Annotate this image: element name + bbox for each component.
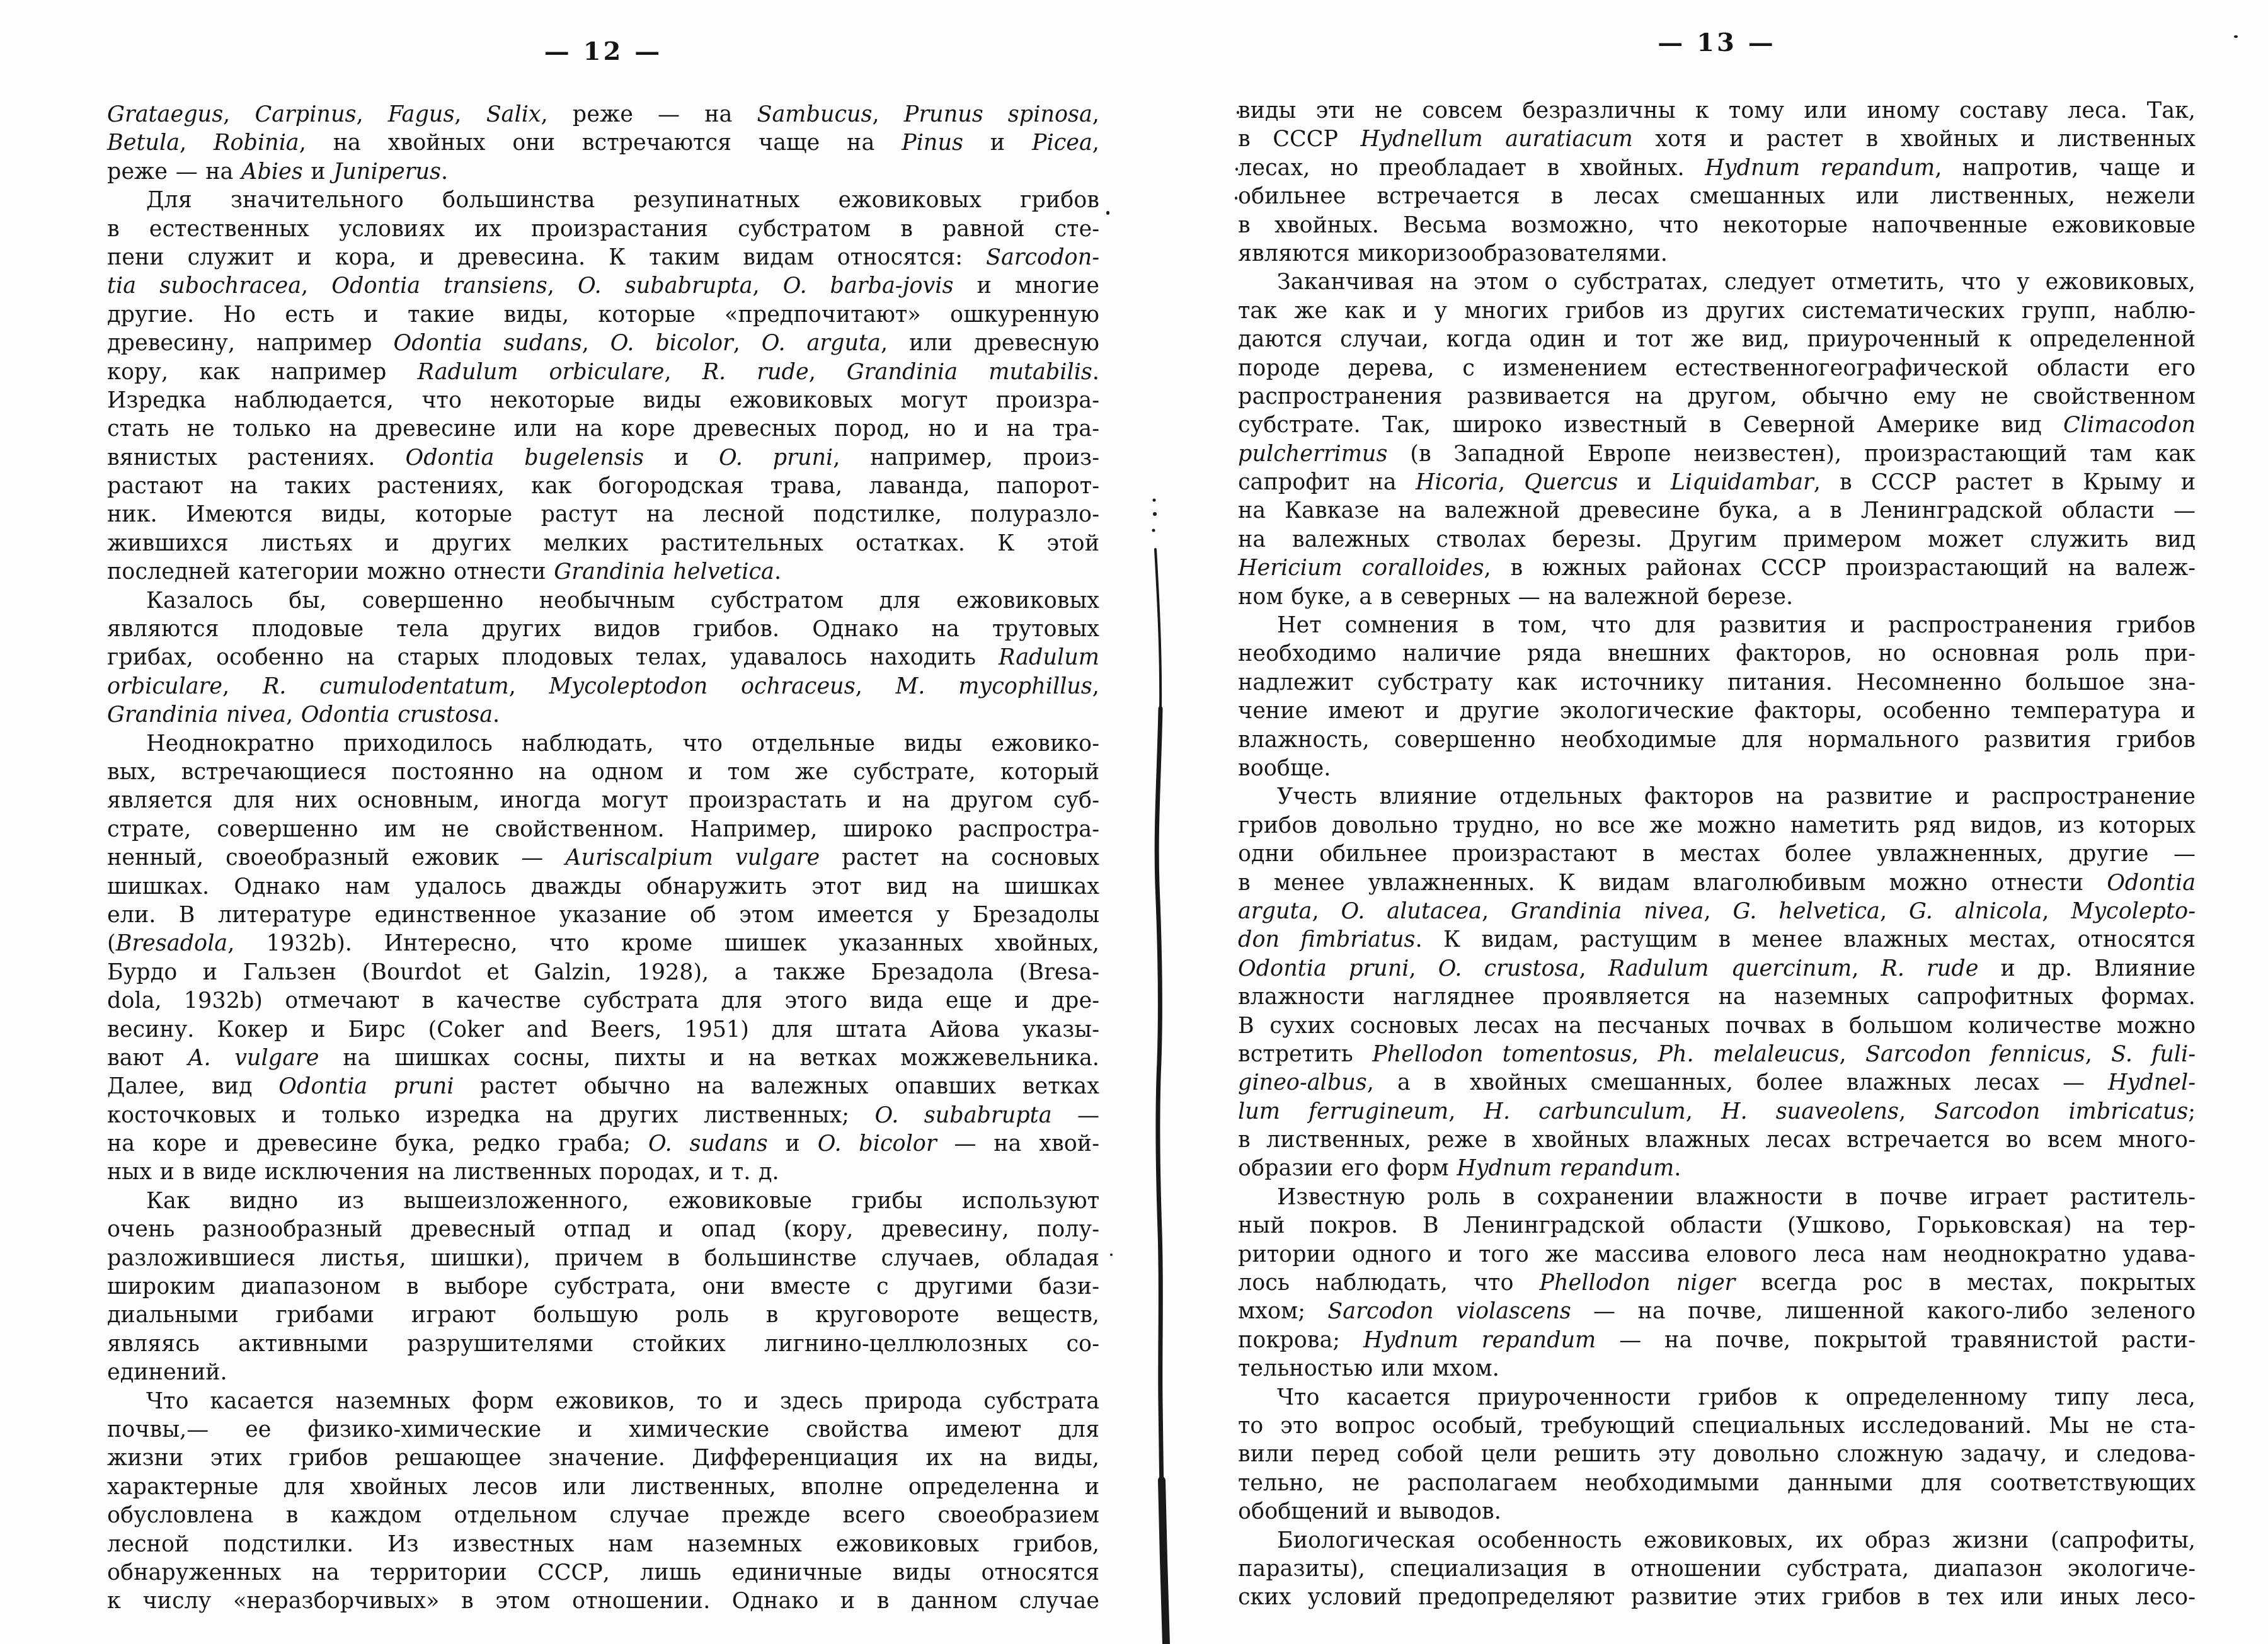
text-line: lum ferrugineum, H. carbunculum, H. suav… bbox=[1238, 1098, 2196, 1126]
text-line: обильнее встречается в лесах смешанных и… bbox=[1238, 183, 2196, 211]
text-line: Изредка наблюдается, что некоторые виды … bbox=[107, 387, 1099, 415]
text-line: обусловлена в каждом отдельном случае пр… bbox=[107, 1502, 1099, 1530]
text-line: весину. Кокер и Бирс (Coker and Beers, 1… bbox=[107, 1016, 1099, 1044]
text-line: даются случаи, когда один и тот же вид, … bbox=[1238, 326, 2196, 354]
text-line: Далее, вид Odontia pruni растет обычно н… bbox=[107, 1073, 1099, 1101]
page-13-text: виды эти не совсем безразличны к тому ил… bbox=[1238, 97, 2196, 1613]
text-line: в хвойных. Весьма возможно, что некоторы… bbox=[1238, 212, 2196, 240]
scan-speck bbox=[1106, 211, 1109, 215]
text-line: грибов довольно трудно, но все же можно … bbox=[1238, 812, 2196, 840]
text-line: тельностью или мхом. bbox=[1238, 1355, 2196, 1383]
text-line: Заканчивая на этом о субстратах, следует… bbox=[1238, 268, 2196, 297]
text-line: кору, как например Radulum orbiculare, R… bbox=[107, 358, 1099, 387]
text-line: встретить Phellodon tomentosus, Ph. mela… bbox=[1238, 1041, 2196, 1069]
text-line: пени служит и кора, и древесина. К таким… bbox=[107, 244, 1099, 272]
text-line: Как видно из вышеизложенного, ежовиковые… bbox=[107, 1187, 1099, 1216]
text-line: вают A. vulgare на шишках сосны, пихты и… bbox=[107, 1044, 1099, 1073]
text-line: don fimbriatus. К видам, растущим в мене… bbox=[1238, 926, 2196, 954]
text-line: шишках. Однако нам удалось дважды обнару… bbox=[107, 873, 1099, 901]
page-number-left: — 12 — bbox=[107, 37, 1099, 66]
text-line: Что касается наземных форм ежовиков, то … bbox=[107, 1388, 1099, 1416]
page-12: — 12 — Grataegus, Carpinus, Fagus, Salix… bbox=[0, 0, 1134, 1644]
text-line: необходимо наличие ряда внешних факторов… bbox=[1238, 640, 2196, 668]
text-line: вянистых растениях. Odontia bugelensis и… bbox=[107, 444, 1099, 472]
text-line: в менее увлажненных. К видам влаголюбивы… bbox=[1238, 869, 2196, 898]
text-line: Казалось бы, совершенно необычным субстр… bbox=[107, 587, 1099, 615]
text-line: образии его форм Hydnum repandum. bbox=[1238, 1155, 2196, 1183]
book-spread: — 12 — Grataegus, Carpinus, Fagus, Salix… bbox=[0, 0, 2268, 1644]
text-line: orbiculare, R. cumulodentatum, Mycolepto… bbox=[107, 673, 1099, 701]
text-line: обнаруженных на территории СССР, лишь ед… bbox=[107, 1559, 1099, 1587]
text-line: мхом; Sarcodon violascens — на почве, ли… bbox=[1238, 1298, 2196, 1326]
scan-speck bbox=[1110, 1253, 1113, 1256]
text-line: покрова; Hydnum repandum — на почве, пок… bbox=[1238, 1327, 2196, 1355]
text-line: вых, встречающиеся постоянно на одном и … bbox=[107, 758, 1099, 787]
text-line: растают на таких растениях, как богородс… bbox=[107, 472, 1099, 501]
text-line: (Bresadola, 1932b). Интересно, что кроме… bbox=[107, 930, 1099, 958]
text-line: Известную роль в сохранении влажности в … bbox=[1238, 1184, 2196, 1212]
text-line: Grandinia nivea, Odontia crustosa. bbox=[107, 701, 1099, 729]
text-line: являются микоризообразователями. bbox=[1238, 240, 2196, 268]
text-line: Что касается приуроченности грибов к опр… bbox=[1238, 1384, 2196, 1412]
text-line: Неоднократно приходилось наблюдать, что … bbox=[107, 730, 1099, 758]
text-line: одни обильнее произрастают в местах боле… bbox=[1238, 840, 2196, 869]
text-line: Grataegus, Carpinus, Fagus, Salix, реже … bbox=[107, 101, 1099, 129]
page-13: — 13 — виды эти не совсем безразличны к … bbox=[1134, 0, 2268, 1644]
text-line: тельно, не располагаем необходимыми данн… bbox=[1238, 1470, 2196, 1498]
text-line: Нет сомнения в том, что для развития и р… bbox=[1238, 612, 2196, 640]
text-line: arguta, O. alutacea, Grandinia nivea, G.… bbox=[1238, 898, 2196, 926]
text-line: ели. В литературе единственное указание … bbox=[107, 901, 1099, 930]
text-line: распространения развивается на другом, о… bbox=[1238, 383, 2196, 411]
text-line: влажность, совершенно необходимые для но… bbox=[1238, 726, 2196, 755]
text-line: ненный, своеобразный ежовик — Auriscalpi… bbox=[107, 844, 1099, 872]
text-line: ритории одного и того же массива елового… bbox=[1238, 1241, 2196, 1269]
text-line: почвы,— ее физико-химические и химически… bbox=[107, 1416, 1099, 1444]
text-line: ном буке, а в северных — на валежной бер… bbox=[1238, 583, 2196, 612]
text-line: tia subochracea, Odontia transiens, O. s… bbox=[107, 272, 1099, 300]
text-line: надлежит субстрату как источнику питания… bbox=[1238, 669, 2196, 697]
text-line: обобщений и выводов. bbox=[1238, 1498, 2196, 1526]
text-line: влажности нагляднее проявляется на назем… bbox=[1238, 983, 2196, 1012]
page-number-right: — 13 — bbox=[1238, 28, 2196, 57]
text-line: жизни этих грибов решающее значение. Диф… bbox=[107, 1444, 1099, 1473]
text-line: субстрате. Так, широко известный в Север… bbox=[1238, 411, 2196, 440]
text-line: Hericium coralloides, в южных районах СС… bbox=[1238, 554, 2196, 583]
text-line: ных и в виде исключения на лиственных по… bbox=[107, 1158, 1099, 1187]
text-line: ник. Имеются виды, которые растут на лес… bbox=[107, 501, 1099, 529]
text-line: ный покров. В Ленинградской области (Ушк… bbox=[1238, 1212, 2196, 1240]
text-line: ских условий предопределяют развитие эти… bbox=[1238, 1584, 2196, 1612]
text-line: на Кавказе на валежной древесине бука, а… bbox=[1238, 497, 2196, 525]
text-line: косточковых и только изредка на других л… bbox=[107, 1102, 1099, 1130]
text-line: сапрофит на Hicoria, Quercus и Liquidamb… bbox=[1238, 469, 2196, 497]
text-line: виды эти не совсем безразличны к тому ил… bbox=[1238, 97, 2196, 125]
text-line: паразиты), специализация в отношении суб… bbox=[1238, 1555, 2196, 1584]
text-line: лесной подстилки. Из известных нам назем… bbox=[107, 1531, 1099, 1559]
text-line: Биологическая особенность ежовиковых, их… bbox=[1238, 1527, 2196, 1555]
text-line: Бурдо и Гальзен (Bourdot et Galzin, 1928… bbox=[107, 959, 1099, 987]
text-line: на валежных стволах березы. Другим приме… bbox=[1238, 526, 2196, 554]
text-line: то это вопрос особый, требующий специаль… bbox=[1238, 1412, 2196, 1441]
text-line: является для них основным, иногда могут … bbox=[107, 787, 1099, 815]
text-line: очень разнообразный древесный отпад и оп… bbox=[107, 1216, 1099, 1244]
scan-speck bbox=[1235, 168, 1238, 171]
text-line: грибах, особенно на старых плодовых тела… bbox=[107, 644, 1099, 672]
text-line: реже — на Abies и Juniperus. bbox=[107, 158, 1099, 186]
scan-speck bbox=[1237, 111, 1239, 114]
text-line: являются плодовые тела других видов гриб… bbox=[107, 615, 1099, 644]
scan-speck bbox=[2234, 35, 2238, 38]
text-line: диальными грибами играют большую роль в … bbox=[107, 1301, 1099, 1330]
text-line: так же как и у многих грибов из других с… bbox=[1238, 297, 2196, 326]
text-line: вили перед собой цели решить эту довольн… bbox=[1238, 1441, 2196, 1469]
text-line: pulcherrimus (в Западной Европе неизвест… bbox=[1238, 440, 2196, 469]
text-line: в естественных условиях их произрастания… bbox=[107, 215, 1099, 244]
text-line: стать не только на древесине или на коре… bbox=[107, 415, 1099, 443]
text-line: страте, совершенно им не свойственном. Н… bbox=[107, 816, 1099, 844]
page-12-text: Grataegus, Carpinus, Fagus, Salix, реже … bbox=[107, 101, 1099, 1616]
text-line: Для значительного большинства резупинатн… bbox=[107, 186, 1099, 215]
text-line: Betula, Robinia, на хвойных они встречаю… bbox=[107, 129, 1099, 157]
text-line: разложившиеся листья, шишки), причем в б… bbox=[107, 1245, 1099, 1273]
text-line: породе дерева, с изменением естественног… bbox=[1238, 355, 2196, 383]
text-line: В сухих сосновых лесах на песчаных почва… bbox=[1238, 1012, 2196, 1041]
text-line: последней категории можно отнести Grandi… bbox=[107, 558, 1099, 586]
text-line: являясь активными разрушителями стойких … bbox=[107, 1330, 1099, 1359]
text-line: лось наблюдать, что Phellodon niger всег… bbox=[1238, 1269, 2196, 1298]
text-line: Odontia pruni, O. crustosa, Radulum quer… bbox=[1238, 955, 2196, 983]
text-line: широким диапазоном в выборе субстрата, о… bbox=[107, 1273, 1099, 1301]
text-line: gineo-albus, а в хвойных смешанных, боле… bbox=[1238, 1069, 2196, 1097]
text-line: dola, 1932b) отмечают в качестве субстра… bbox=[107, 987, 1099, 1015]
text-line: к числу «неразборчивых» в этом отношении… bbox=[107, 1587, 1099, 1616]
text-line: характерные для хвойных лесов или листве… bbox=[107, 1473, 1099, 1502]
text-line: лесах, но преобладает в хвойных. Hydnum … bbox=[1238, 154, 2196, 183]
text-line: другие. Но есть и такие виды, которые «п… bbox=[107, 301, 1099, 329]
text-line: древесину, например Odontia sudans, O. b… bbox=[107, 329, 1099, 358]
text-line: чение имеют и другие экологические факто… bbox=[1238, 697, 2196, 726]
text-line: вообще. bbox=[1238, 755, 2196, 783]
text-line: в лиственных, реже в хвойных влажных лес… bbox=[1238, 1126, 2196, 1155]
text-line: Учесть влияние отдельных факторов на раз… bbox=[1238, 783, 2196, 811]
text-line: жившихся листьях и других мелких растите… bbox=[107, 530, 1099, 558]
scan-speck bbox=[1235, 197, 1237, 200]
text-line: в СССР Hydnellum auratiacum хотя и расте… bbox=[1238, 125, 2196, 154]
text-line: единений. bbox=[107, 1359, 1099, 1387]
text-line: на коре и древесине бука, редко граба; O… bbox=[107, 1130, 1099, 1158]
